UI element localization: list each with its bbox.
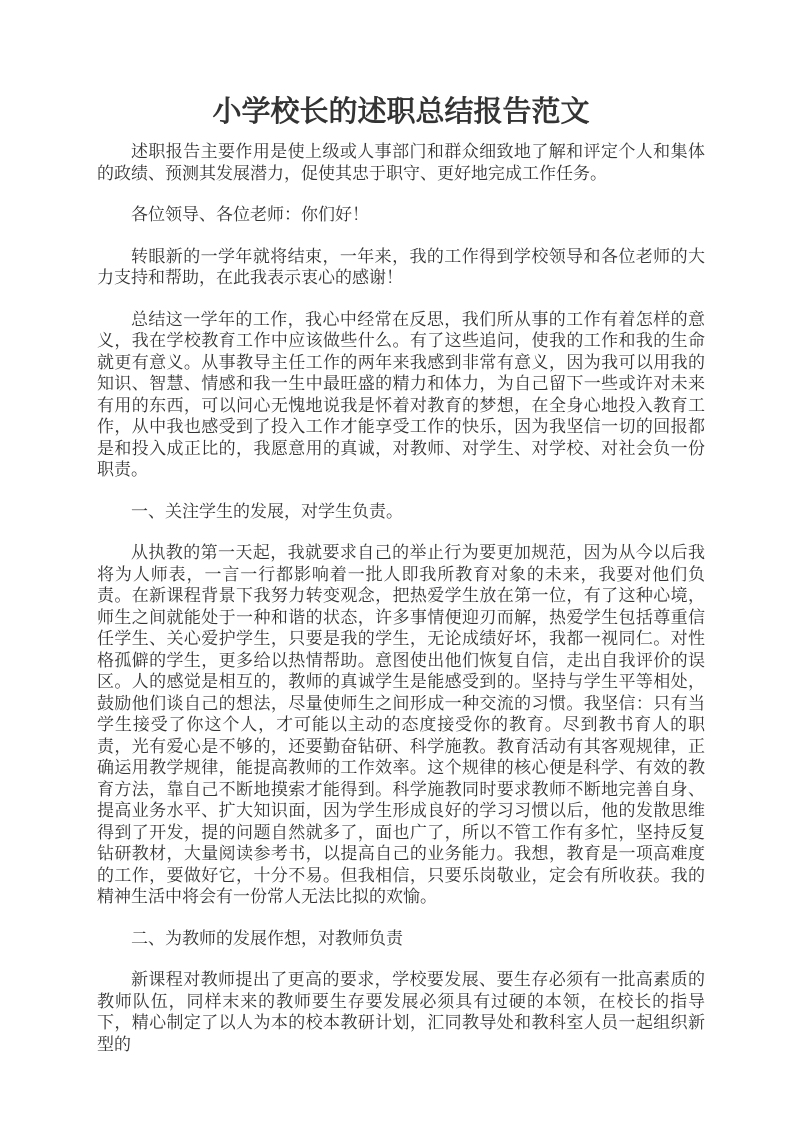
section-1-heading: 一、关注学生的发展，对学生负责。 bbox=[97, 501, 705, 523]
intro-paragraph: 述职报告主要作用是使上级或人事部门和群众细致地了解和评定个人和集体的政绩、预测其… bbox=[97, 141, 705, 184]
document-content: 小学校长的述职总结报告范文 述职报告主要作用是使上级或人事部门和群众细致地了解和… bbox=[0, 0, 793, 1055]
greeting-line: 各位领导、各位老师：你们好！ bbox=[97, 204, 705, 226]
section-2-body: 新课程对教师提出了更高的要求，学校要发展、要生存必须有一批高素质的教师队伍，同样… bbox=[97, 969, 705, 1055]
reflection-paragraph: 总结这一学年的工作，我心中经常在反思，我们所从事的工作有着怎样的意义，我在学校教… bbox=[97, 309, 705, 481]
document-title: 小学校长的述职总结报告范文 bbox=[97, 96, 705, 128]
section-1-body: 从执教的第一天起，我就要求自己的举止行为要更加规范，因为从今以后我将为人师表，一… bbox=[97, 542, 705, 908]
thanks-paragraph: 转眼新的一学年就将结束，一年来，我的工作得到学校领导和各位老师的大力支持和帮助，… bbox=[97, 246, 705, 289]
document-page: 小学校长的述职总结报告范文 述职报告主要作用是使上级或人事部门和群众细致地了解和… bbox=[0, 0, 793, 1122]
section-2-heading: 二、为教师的发展作想，对教师负责 bbox=[97, 928, 705, 950]
